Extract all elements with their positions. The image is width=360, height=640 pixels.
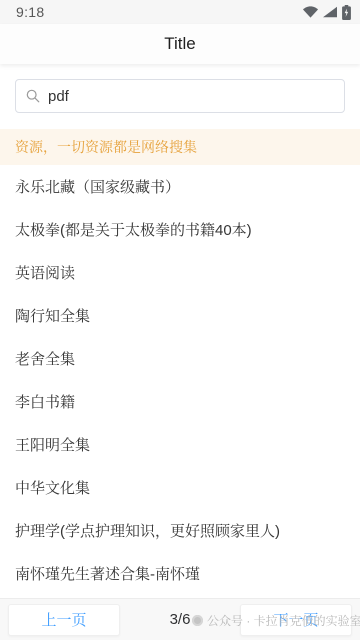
search-input[interactable] — [48, 88, 334, 105]
search-icon — [26, 89, 40, 103]
list-item[interactable]: 王阳明全集 — [0, 423, 360, 466]
battery-charging-icon — [342, 5, 351, 20]
prev-page-button[interactable]: 上一页 — [8, 604, 120, 636]
list-item[interactable]: 中华文化集 — [0, 466, 360, 509]
cellular-signal-icon — [323, 6, 337, 18]
page-title: Title — [164, 34, 196, 54]
search-section — [0, 64, 360, 121]
app-screen: 9:18 Title 资源，一切资源都是网络搜集 — [0, 0, 360, 640]
status-time: 9:18 — [16, 4, 44, 20]
next-page-button[interactable]: 下一页 — [240, 604, 352, 636]
status-bar: 9:18 — [0, 0, 360, 24]
wifi-icon — [303, 6, 318, 18]
list-item[interactable]: 李白书籍 — [0, 380, 360, 423]
notice-banner: 资源，一切资源都是网络搜集 — [0, 129, 360, 165]
list-item[interactable]: 英语阅读 — [0, 251, 360, 294]
list-item[interactable]: 陶行知全集 — [0, 294, 360, 337]
status-icons — [303, 5, 351, 20]
list-item[interactable]: 老舍全集 — [0, 337, 360, 380]
search-box[interactable] — [15, 79, 345, 113]
notice-text: 资源，一切资源都是网络搜集 — [15, 139, 197, 155]
list-item[interactable]: 护理学(学点护理知识，更好照顾家里人) — [0, 509, 360, 552]
page-indicator: 3/6 — [170, 611, 191, 628]
list-item[interactable]: 南怀瑾先生著述合集-南怀瑾 — [0, 552, 360, 595]
app-header: Title — [0, 24, 360, 64]
list-item[interactable]: 永乐北藏（国家级藏书） — [0, 165, 360, 208]
book-list: 永乐北藏（国家级藏书）太极拳(都是关于太极拳的书籍40本)英语阅读陶行知全集老舍… — [0, 165, 360, 595]
pagination-bar: 上一页 3/6 下一页 — [0, 598, 360, 640]
list-item[interactable]: 太极拳(都是关于太极拳的书籍40本) — [0, 208, 360, 251]
